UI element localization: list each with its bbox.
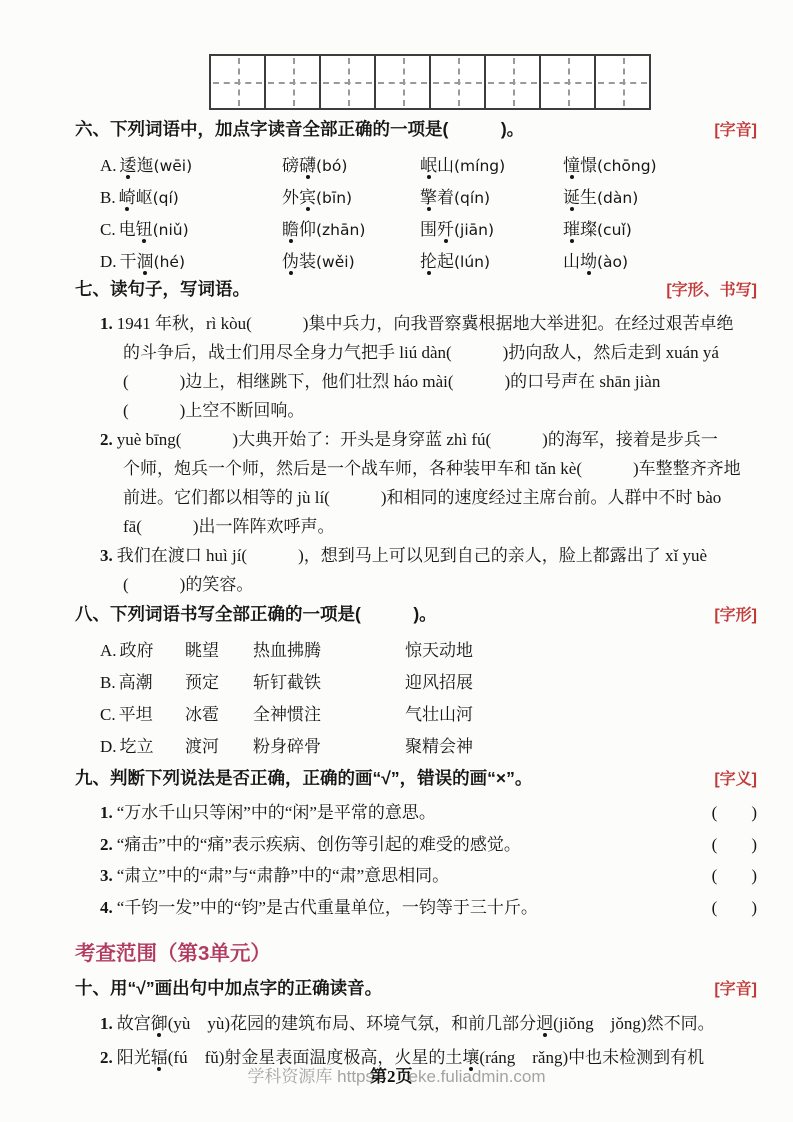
q6-header: 六、下列词语中，加点字读音全部正确的一项是( )。 [字音] (75, 118, 757, 142)
q7-title: 七、读句子，写词语。 (75, 278, 250, 300)
q7-header: 七、读句子，写词语。 [字形、书写] (75, 278, 757, 302)
q8-header: 八、下列词语书写全部正确的一项是( )。 [字形] (75, 603, 757, 627)
exam-range-header: 考查范围（第3单元） (75, 941, 757, 967)
word: 全神惯注 (253, 699, 405, 731)
q10-tag: [字音] (714, 979, 757, 1001)
word-pinyin: 围歼(jiān) (420, 214, 563, 246)
worksheet-page: 六、下列词语中，加点字读音全部正确的一项是( )。 [字音] A.逶迤(wēi)… (0, 0, 793, 1122)
word: 渡河 (185, 731, 253, 763)
q6-option-a: A.逶迤(wēi) 磅礴(bó) 岷山(míng) 憧憬(chōng) (100, 150, 757, 182)
writing-grid[interactable] (209, 54, 651, 110)
word-pinyin: 山坳(ào) (563, 246, 757, 278)
word-pinyin: C.电钮(niǔ) (100, 214, 282, 246)
q8-title: 八、下列词语书写全部正确的一项是( )。 (75, 603, 437, 625)
q10-sentence-1: 1.故宫御(yù yù)花园的建筑布局、环境气氛，和前几部分迥(jiǒng jǒ… (100, 1009, 757, 1039)
q6-options: A.逶迤(wēi) 磅礴(bó) 岷山(míng) 憧憬(chōng) B.崎岖… (100, 150, 757, 278)
answer-blank: ( ) (712, 860, 757, 892)
q6-option-c: C.电钮(niǔ) 瞻仰(zhān) 围歼(jiān) 璀璨(cuǐ) (100, 214, 757, 246)
q9-statement-2: 2.“痛击”中的“痛”表示疾病、创伤等引起的难受的感觉。 ( ) (100, 829, 757, 861)
q10-header: 十、用“√”画出句中加点字的正确读音。 [字音] (75, 977, 757, 1001)
word-pinyin: 伪装(wěi) (282, 246, 420, 278)
q10-title: 十、用“√”画出句中加点字的正确读音。 (75, 977, 382, 999)
word-pinyin: 抡起(lún) (420, 246, 563, 278)
writing-cell (376, 56, 431, 108)
word-pinyin: D.干涸(hé) (100, 246, 282, 278)
word: D.圪立 (100, 731, 185, 763)
word-pinyin: 磅礴(bó) (282, 150, 420, 182)
q9-statement-3: 3.“肃立”中的“肃”与“肃静”中的“肃”意思相同。 ( ) (100, 860, 757, 892)
word-pinyin: 璀璨(cuǐ) (563, 214, 757, 246)
word: B.高潮 (100, 667, 185, 699)
word: 眺望 (185, 635, 253, 667)
q6-option-b: B.崎岖(qí) 外宾(bīn) 擎着(qín) 诞生(dàn) (100, 182, 757, 214)
q9-header: 九、判断下列说法是否正确，正确的画“√”，错误的画“×”。 [字义] (75, 767, 757, 791)
q6-tag: [字音] (714, 120, 757, 142)
word-pinyin: 擎着(qín) (420, 182, 563, 214)
word: C.平坦 (100, 699, 185, 731)
word: 斩钉截铁 (253, 667, 405, 699)
word: 迎风招展 (405, 667, 757, 699)
writing-cell (541, 56, 596, 108)
q8-tag: [字形] (714, 605, 757, 627)
footer: 学科资源库 https第2页eke.fuliadmin.com (0, 1062, 793, 1087)
word: A.政府 (100, 635, 185, 667)
writing-cell (321, 56, 376, 108)
answer-blank: ( ) (712, 829, 757, 861)
q9-title: 九、判断下列说法是否正确，正确的画“√”，错误的画“×”。 (75, 767, 532, 789)
word-pinyin: 瞻仰(zhān) (282, 214, 420, 246)
q7-item-3: 3.我们在渡口 huì jí( )，想到马上可以见到自己的亲人，脸上都露出了 x… (100, 541, 757, 599)
watermark-text: eke.fuliadmin.com (409, 1067, 546, 1086)
writing-cell (266, 56, 321, 108)
page-number: 第2页 (370, 1067, 413, 1086)
writing-cell (211, 56, 266, 108)
q8-options: A.政府 眺望 热血拂腾 惊天动地 B.高潮 预定 斩钉截铁 迎风招展 C.平坦… (100, 635, 757, 763)
watermark-text: 学科资源库 https (247, 1067, 374, 1086)
q8-option-a: A.政府 眺望 热血拂腾 惊天动地 (100, 635, 757, 667)
word: 聚精会神 (405, 731, 757, 763)
q9-tag: [字义] (714, 769, 757, 791)
word-pinyin: 外宾(bīn) (282, 182, 420, 214)
q8-option-c: C.平坦 冰雹 全神惯注 气壮山河 (100, 699, 757, 731)
word: 气壮山河 (405, 699, 757, 731)
word: 惊天动地 (405, 635, 757, 667)
word-pinyin: B.崎岖(qí) (100, 182, 282, 214)
word: 粉身碎骨 (253, 731, 405, 763)
word: 热血拂腾 (253, 635, 405, 667)
word-pinyin: A.逶迤(wēi) (100, 150, 282, 182)
answer-blank: ( ) (712, 797, 757, 829)
answer-blank: ( ) (712, 892, 757, 924)
word-pinyin: 诞生(dàn) (563, 182, 757, 214)
writing-cell (486, 56, 541, 108)
word: 预定 (185, 667, 253, 699)
q7-tag: [字形、书写] (666, 280, 757, 302)
word-pinyin: 岷山(míng) (420, 150, 563, 182)
q8-option-d: D.圪立 渡河 粉身碎骨 聚精会神 (100, 731, 757, 763)
writing-cell (596, 56, 649, 108)
q7-item-2: 2.yuè bīng( )大典开始了：开头是身穿蓝 zhì fú( )的海军，接… (100, 425, 757, 541)
q9-statement-1: 1.“万水千山只等闲”中的“闲”是平常的意思。 ( ) (100, 797, 757, 829)
q6-title: 六、下列词语中，加点字读音全部正确的一项是( )。 (75, 118, 524, 140)
q6-option-d: D.干涸(hé) 伪装(wěi) 抡起(lún) 山坳(ào) (100, 246, 757, 278)
q7-item-1: 1.1941 年秋，rì kòu( )集中兵力，向我晋察冀根据地大举进犯。在经过… (100, 309, 757, 425)
word-pinyin: 憧憬(chōng) (563, 150, 757, 182)
q9-statement-4: 4.“千钧一发”中的“钧”是古代重量单位，一钧等于三十斤。 ( ) (100, 892, 757, 924)
q8-option-b: B.高潮 预定 斩钉截铁 迎风招展 (100, 667, 757, 699)
word: 冰雹 (185, 699, 253, 731)
writing-cell (431, 56, 486, 108)
